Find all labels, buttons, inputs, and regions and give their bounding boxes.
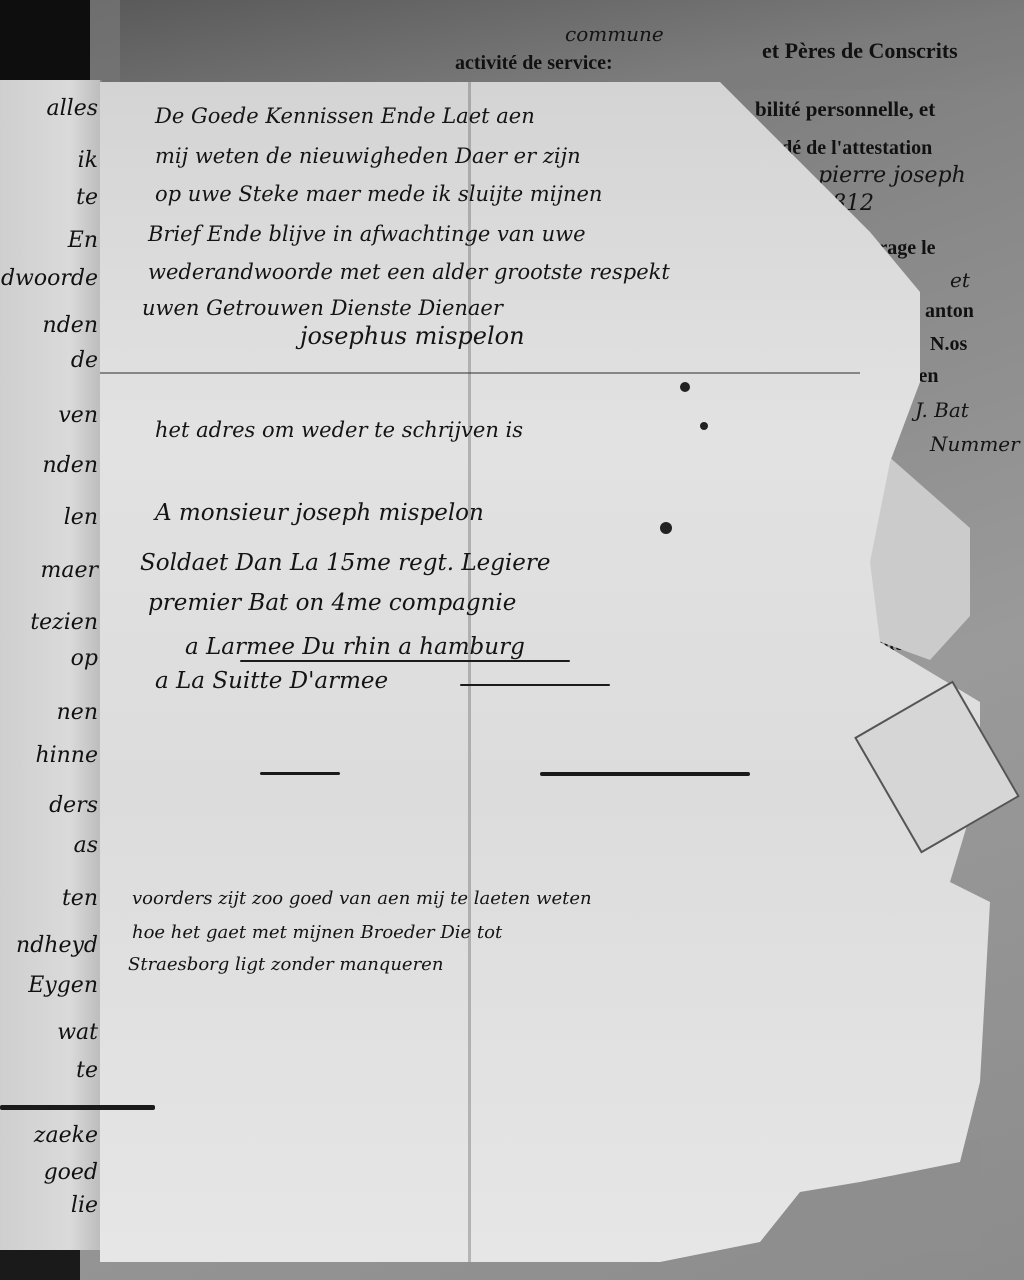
left-page-fragment: alles <box>47 96 99 121</box>
left-page-fragment: te <box>76 185 98 210</box>
letter-line: op uwe Steke maer mede ik sluijte mijnen <box>155 182 602 206</box>
left-page-fragment: En <box>68 228 98 253</box>
form-handwritten-field: pierre joseph <box>818 163 966 188</box>
letter-sheet: De Goede Kennissen Ende Laet aen mij wet… <box>100 82 990 1262</box>
printed-form-text: bilité personnelle, et <box>755 97 935 122</box>
ink-stroke <box>540 772 750 776</box>
address-line: premier Bat on 4me compagnie <box>148 590 516 616</box>
letter-line: Brief Ende blijve in afwachtinge van uwe <box>148 222 586 246</box>
underline <box>460 684 610 686</box>
left-page-fragment: ten <box>62 886 98 911</box>
ink-stain <box>660 522 672 534</box>
ink-stain <box>680 382 690 392</box>
left-page-fragment: maer <box>40 558 98 583</box>
form-handwritten-field: J. Bat <box>915 398 969 422</box>
printed-form-text: et Pères de Conscrits <box>762 38 958 64</box>
left-page-fragment: de <box>71 348 98 373</box>
left-page-fragment: len <box>64 505 98 530</box>
postscript-line: Straesborg ligt zonder manqueren <box>128 954 443 975</box>
left-page-fragment: as <box>74 833 98 858</box>
fold-line-horizontal <box>100 372 860 374</box>
signature: josephus mispelon <box>300 322 525 350</box>
left-page-fragment: op <box>71 646 98 671</box>
letter-line: De Goede Kennissen Ende Laet aen <box>155 104 535 128</box>
address-intro: het adres om weder te schrijven is <box>155 418 523 442</box>
left-page-fragment: goed <box>44 1160 98 1185</box>
postscript-line: voorders zijt zoo goed van aen mij te la… <box>132 888 592 909</box>
left-page-fragment: lie <box>71 1193 98 1218</box>
ink-stroke <box>0 1105 155 1110</box>
printed-form-text: activité de service: <box>455 52 613 75</box>
dark-corner <box>0 0 90 80</box>
postscript-line: hoe het gaet met mijnen Broeder Die tot <box>132 922 502 943</box>
left-page-fragment: zaeke <box>34 1123 98 1148</box>
address-line: a Larmee Du rhin a hamburg <box>185 634 525 660</box>
fold-line-vertical <box>468 82 471 1262</box>
printed-form-text: anton <box>925 300 974 323</box>
address-line: A monsieur joseph mispelon <box>155 500 484 526</box>
ink-stain <box>700 422 708 430</box>
letter-line: wederandwoorde met een alder grootste re… <box>148 260 670 284</box>
left-page-fragment: nden <box>43 453 98 478</box>
left-page-fragment: ik <box>78 148 98 173</box>
printed-form-text: N.os <box>930 333 967 356</box>
form-handwritten-field: et <box>950 268 970 292</box>
left-page-fragment: ndheyd <box>16 933 98 958</box>
left-page-fragment: hinne <box>35 743 98 768</box>
ink-stroke <box>260 772 340 775</box>
left-page-fragment: ders <box>49 793 98 818</box>
letter-line: mij weten de nieuwigheden Daer er zijn <box>155 144 581 168</box>
left-page-fragment: nden <box>43 313 98 338</box>
left-page-fragment: tezien <box>30 610 98 635</box>
left-page-fragment: Eygen <box>28 973 98 998</box>
left-page-fragment: te <box>76 1058 98 1083</box>
left-page-fragment: wat <box>57 1020 98 1045</box>
form-handwritten-field: commune <box>565 22 664 46</box>
address-line: a La Suitte D'armee <box>155 668 388 694</box>
address-line: Soldaet Dan La 15me regt. Legiere <box>140 550 551 576</box>
letter-line: uwen Getrouwen Dienste Dienaer <box>142 296 503 320</box>
underline <box>240 660 570 662</box>
form-handwritten-field: Nummer <box>930 432 1020 456</box>
left-page-fragment: nen <box>57 700 98 725</box>
left-page-fragment: dwoorde <box>1 266 98 291</box>
left-page-fragment: ven <box>58 403 98 428</box>
